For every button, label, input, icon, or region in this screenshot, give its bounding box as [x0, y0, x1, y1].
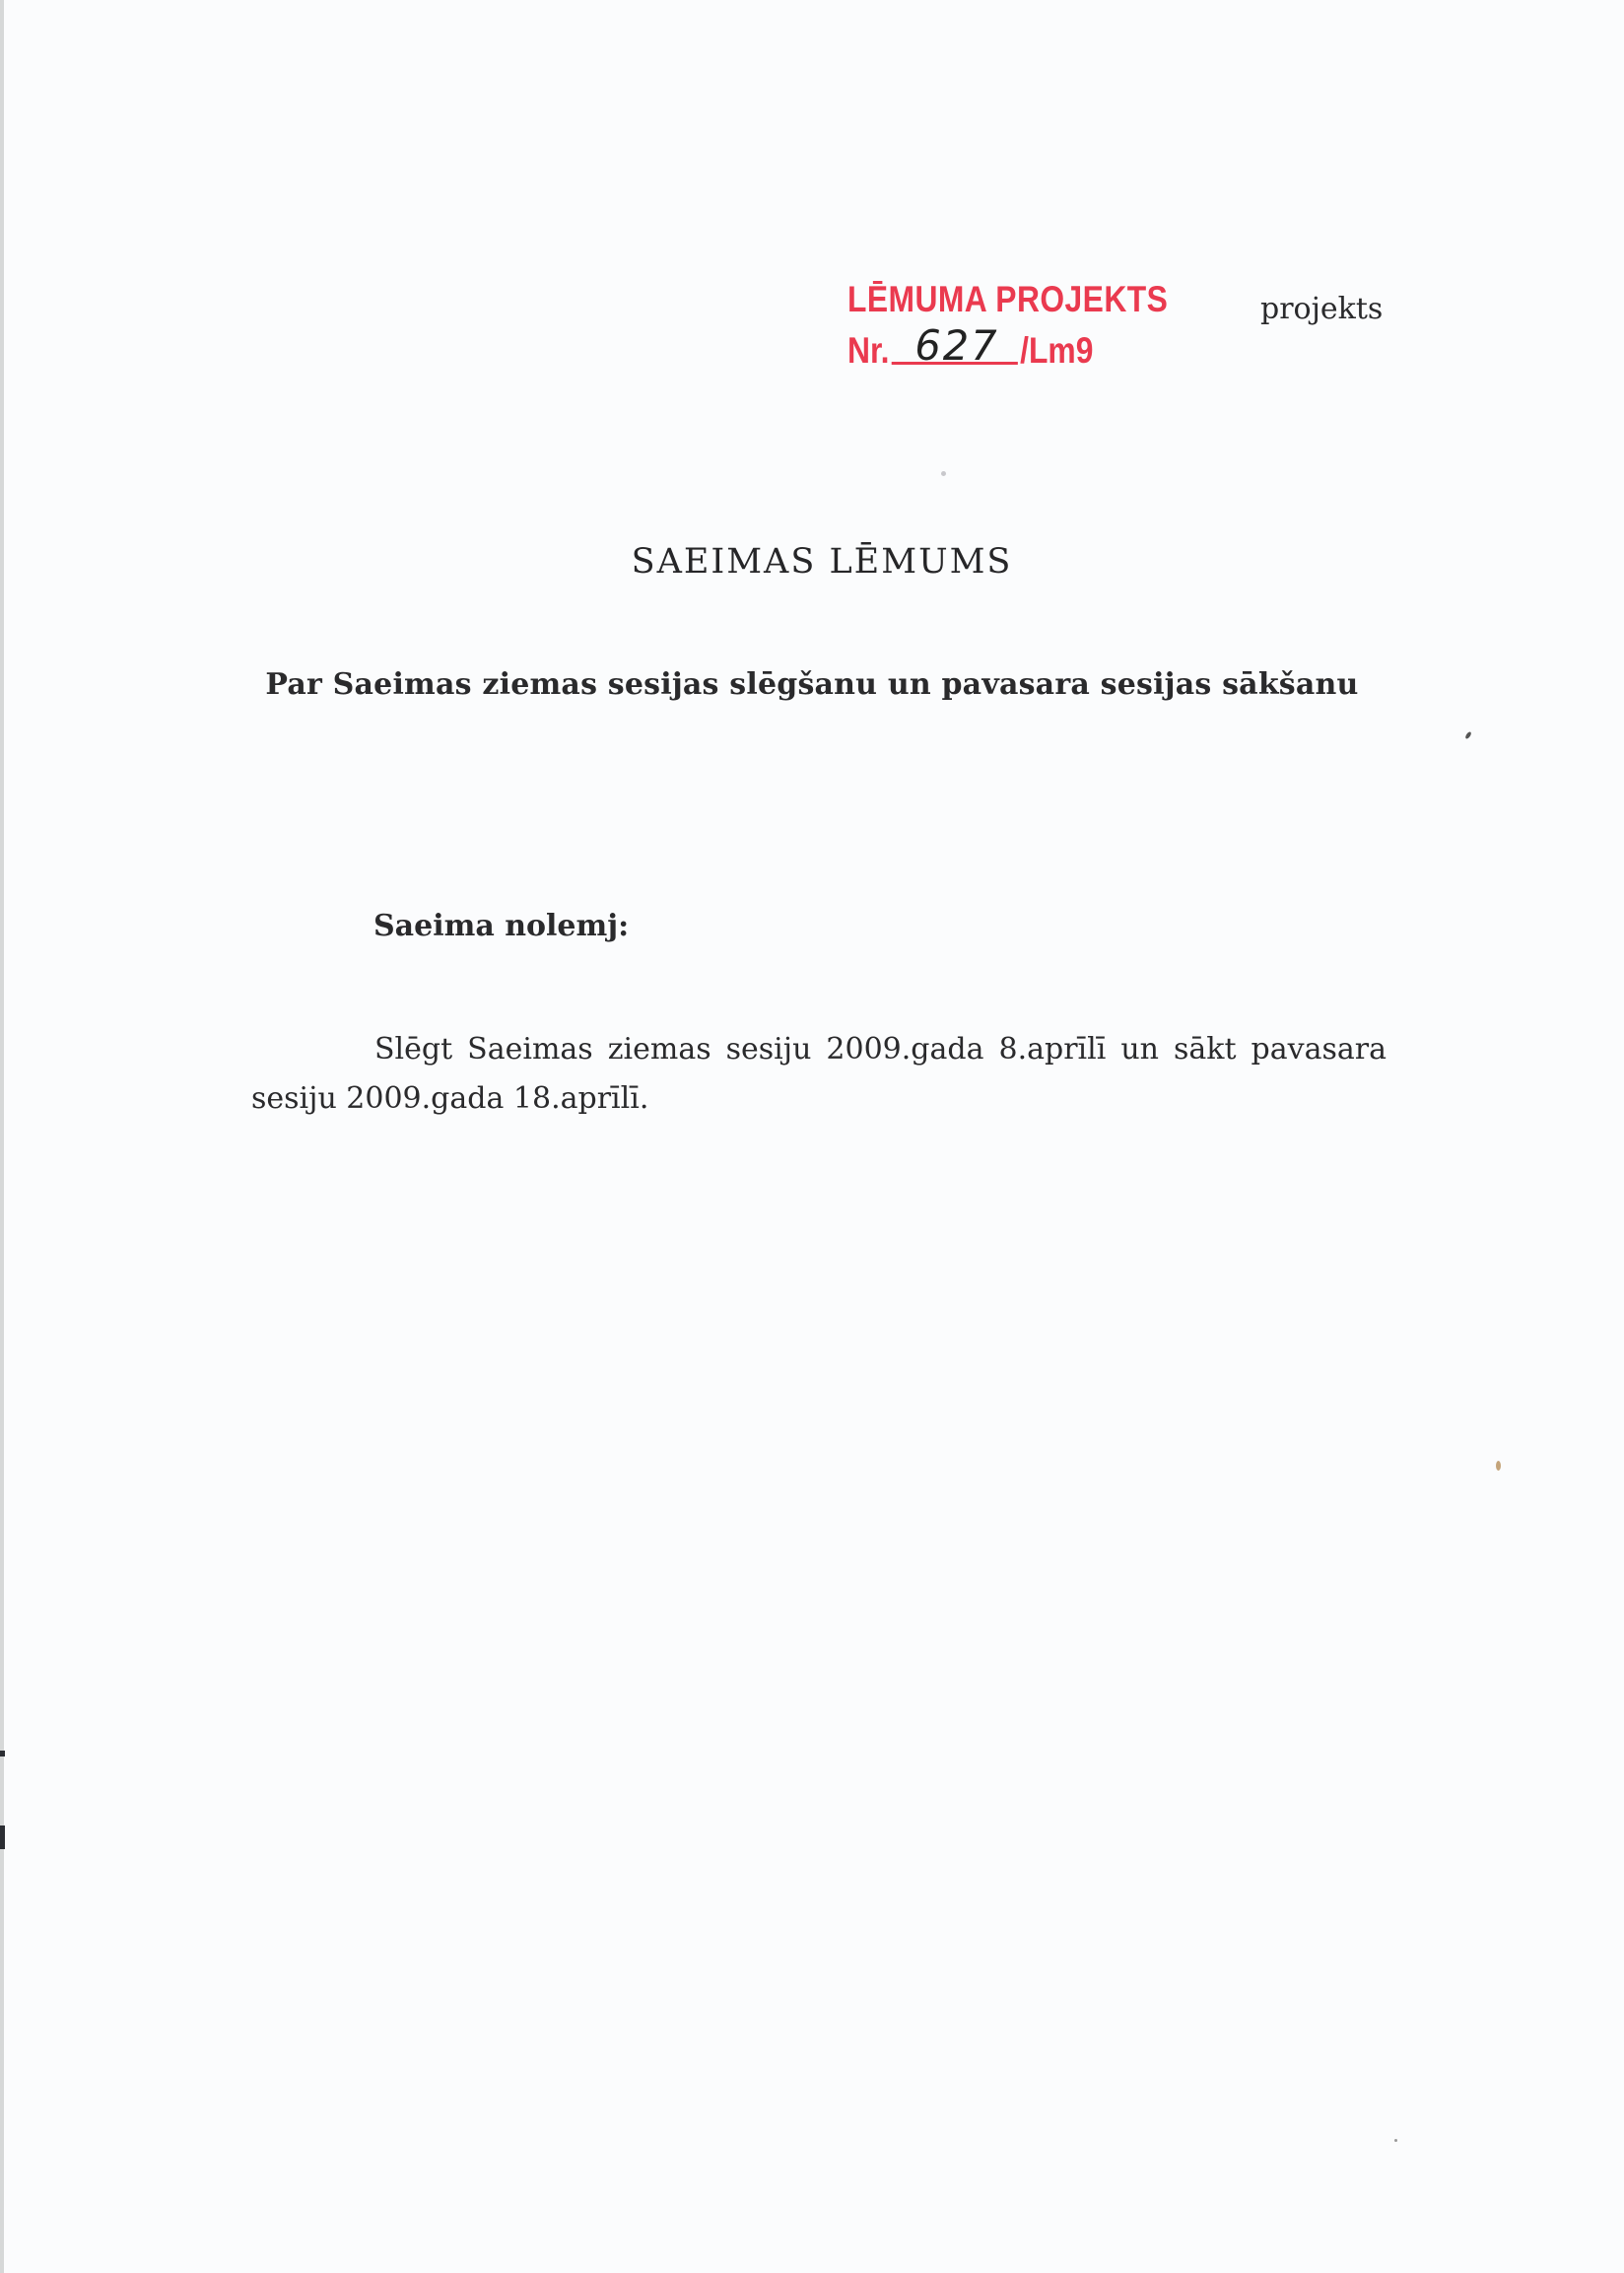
resolution-intro: Saeima nolemj:	[373, 909, 629, 943]
scan-speck	[941, 471, 946, 476]
stamp-number-blank: 627	[892, 334, 1018, 365]
scan-edge-strip	[0, 0, 4, 2273]
stamp-number-line: Nr. 627 /Lm9	[847, 331, 1093, 371]
resolution-body: Slēgt Saeimas ziemas sesiju 2009.gada 8.…	[251, 1025, 1387, 1124]
document-subtitle: Par Saeimas ziemas sesijas slēgšanu un p…	[0, 667, 1624, 702]
scan-edge-mark	[0, 1825, 5, 1849]
stamp-number-suffix: /Lm9	[1020, 331, 1093, 371]
scan-speck	[1394, 2139, 1397, 2142]
stamp-title: LĒMUMA PROJEKTS	[847, 280, 1093, 319]
stamp-number-prefix: Nr.	[847, 331, 889, 371]
scan-edge-mark	[0, 1751, 5, 1756]
scan-speck	[1464, 731, 1472, 740]
draft-stamp: LĒMUMA PROJEKTS Nr. 627 /Lm9	[847, 280, 1093, 371]
document-title: SAEIMAS LĒMUMS	[0, 542, 1624, 582]
scan-speck	[1496, 1461, 1501, 1471]
stamp-handwritten-number: 627	[915, 326, 999, 366]
draft-label: projekts	[1260, 292, 1383, 326]
